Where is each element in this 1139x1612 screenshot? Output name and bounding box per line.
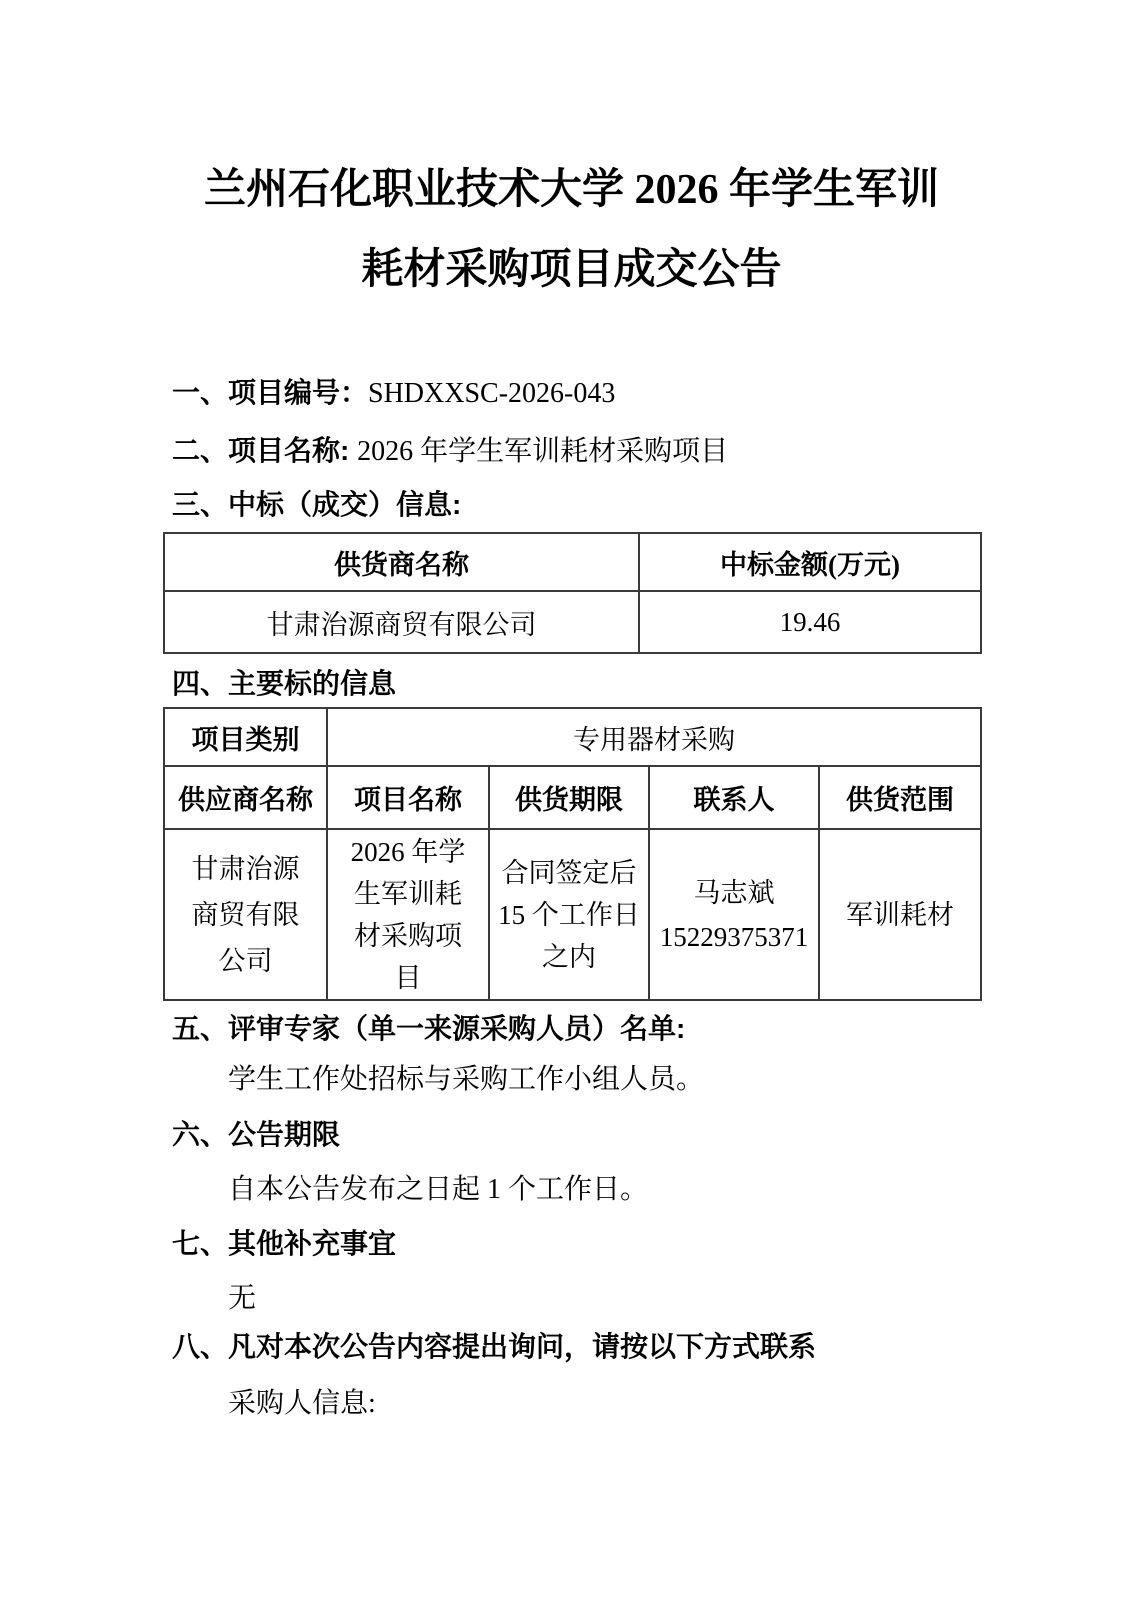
project-name-label: 二、项目名称: <box>172 435 357 466</box>
section-project-number: 一、项目编号：SHDXXSC-2026-043 <box>163 377 980 410</box>
purchaser-info-label: 采购人信息: <box>228 1388 980 1420</box>
subject-project-text: 2026 年学 生军训耗 材采购项 目 <box>328 831 488 999</box>
award-supplier-cell: 甘肃治源商贸有限公司 <box>164 591 639 653</box>
subject-category-value: 专用器材采购 <box>327 708 981 766</box>
subject-delivery-header: 供货期限 <box>489 766 649 829</box>
subject-scope-text: 军训耗材 <box>820 894 980 936</box>
subject-contact-header: 联系人 <box>649 766 819 829</box>
subject-table-header-row: 供应商名称 项目名称 供货期限 联系人 供货范围 <box>164 766 981 829</box>
subject-delivery-text: 合同签定后 15 个工作日 之内 <box>490 852 648 978</box>
subject-scope-cell: 军训耗材 <box>819 829 981 1000</box>
project-name-value: 2026 年学生军训耗材采购项目 <box>357 436 728 467</box>
section-announcement-period-heading: 六、公告期限 <box>163 1119 980 1151</box>
subject-scope-header: 供货范围 <box>819 766 981 829</box>
subject-project-header: 项目名称 <box>327 766 489 829</box>
section-project-name: 二、项目名称: 2026 年学生军训耗材采购项目 <box>163 435 980 468</box>
subject-supplier-text: 甘肃治源 商贸有限 公司 <box>165 846 326 984</box>
award-table-row: 甘肃治源商贸有限公司 19.46 <box>164 591 981 653</box>
subject-contact-cell: 马志斌 15229375371 <box>649 829 819 1000</box>
subject-table-data-row: 甘肃治源 商贸有限 公司 2026 年学 生军训耗 材采购项 目 合同签定后 1… <box>164 829 981 1000</box>
award-table-header-row: 供货商名称 中标金额(万元) <box>164 533 981 591</box>
section-other-matters-heading: 七、其他补充事宜 <box>163 1228 980 1260</box>
experts-body-text: 学生工作处招标与采购工作小组人员。 <box>228 1064 980 1096</box>
subject-supplier-cell: 甘肃治源 商贸有限 公司 <box>164 829 327 1000</box>
subject-supplier-header: 供应商名称 <box>164 766 327 829</box>
document-title: 兰州石化职业技术大学 2026 年学生军训 耗材采购项目成交公告 <box>163 0 980 310</box>
other-matters-body-text: 无 <box>228 1283 980 1315</box>
section-contact-heading: 八、凡对本次公告内容提出询问，请按以下方式联系 <box>163 1331 980 1363</box>
title-line-2: 耗材采购项目成交公告 <box>163 230 980 310</box>
title-line-1: 兰州石化职业技术大学 2026 年学生军训 <box>163 150 980 230</box>
subject-category-row: 项目类别 专用器材采购 <box>164 708 981 766</box>
project-number-label: 一、项目编号： <box>172 377 368 408</box>
award-supplier-header: 供货商名称 <box>164 533 639 591</box>
subject-project-cell: 2026 年学 生军训耗 材采购项 目 <box>327 829 489 1000</box>
section-award-info-heading: 三、中标（成交）信息: <box>163 489 980 521</box>
award-amount-cell: 19.46 <box>639 591 981 653</box>
document-page: 兰州石化职业技术大学 2026 年学生军训 耗材采购项目成交公告 一、项目编号：… <box>0 0 1139 1612</box>
document-content: 兰州石化职业技术大学 2026 年学生军训 耗材采购项目成交公告 一、项目编号：… <box>163 0 980 1420</box>
subject-table: 项目类别 专用器材采购 供应商名称 项目名称 供货期限 联系人 供货范围 甘肃治… <box>163 707 982 1001</box>
subject-contact-text: 马志斌 15229375371 <box>650 871 818 959</box>
award-table: 供货商名称 中标金额(万元) 甘肃治源商贸有限公司 19.46 <box>163 532 982 654</box>
subject-delivery-cell: 合同签定后 15 个工作日 之内 <box>489 829 649 1000</box>
announcement-period-body-text: 自本公告发布之日起 1 个工作日。 <box>228 1174 980 1206</box>
section-subject-info-heading: 四、主要标的信息 <box>163 668 980 700</box>
section-experts-heading: 五、评审专家（单一来源采购人员）名单: <box>163 1013 980 1045</box>
award-amount-header: 中标金额(万元) <box>639 533 981 591</box>
subject-category-label: 项目类别 <box>164 708 327 766</box>
project-number-value: SHDXXSC-2026-043 <box>368 378 615 409</box>
